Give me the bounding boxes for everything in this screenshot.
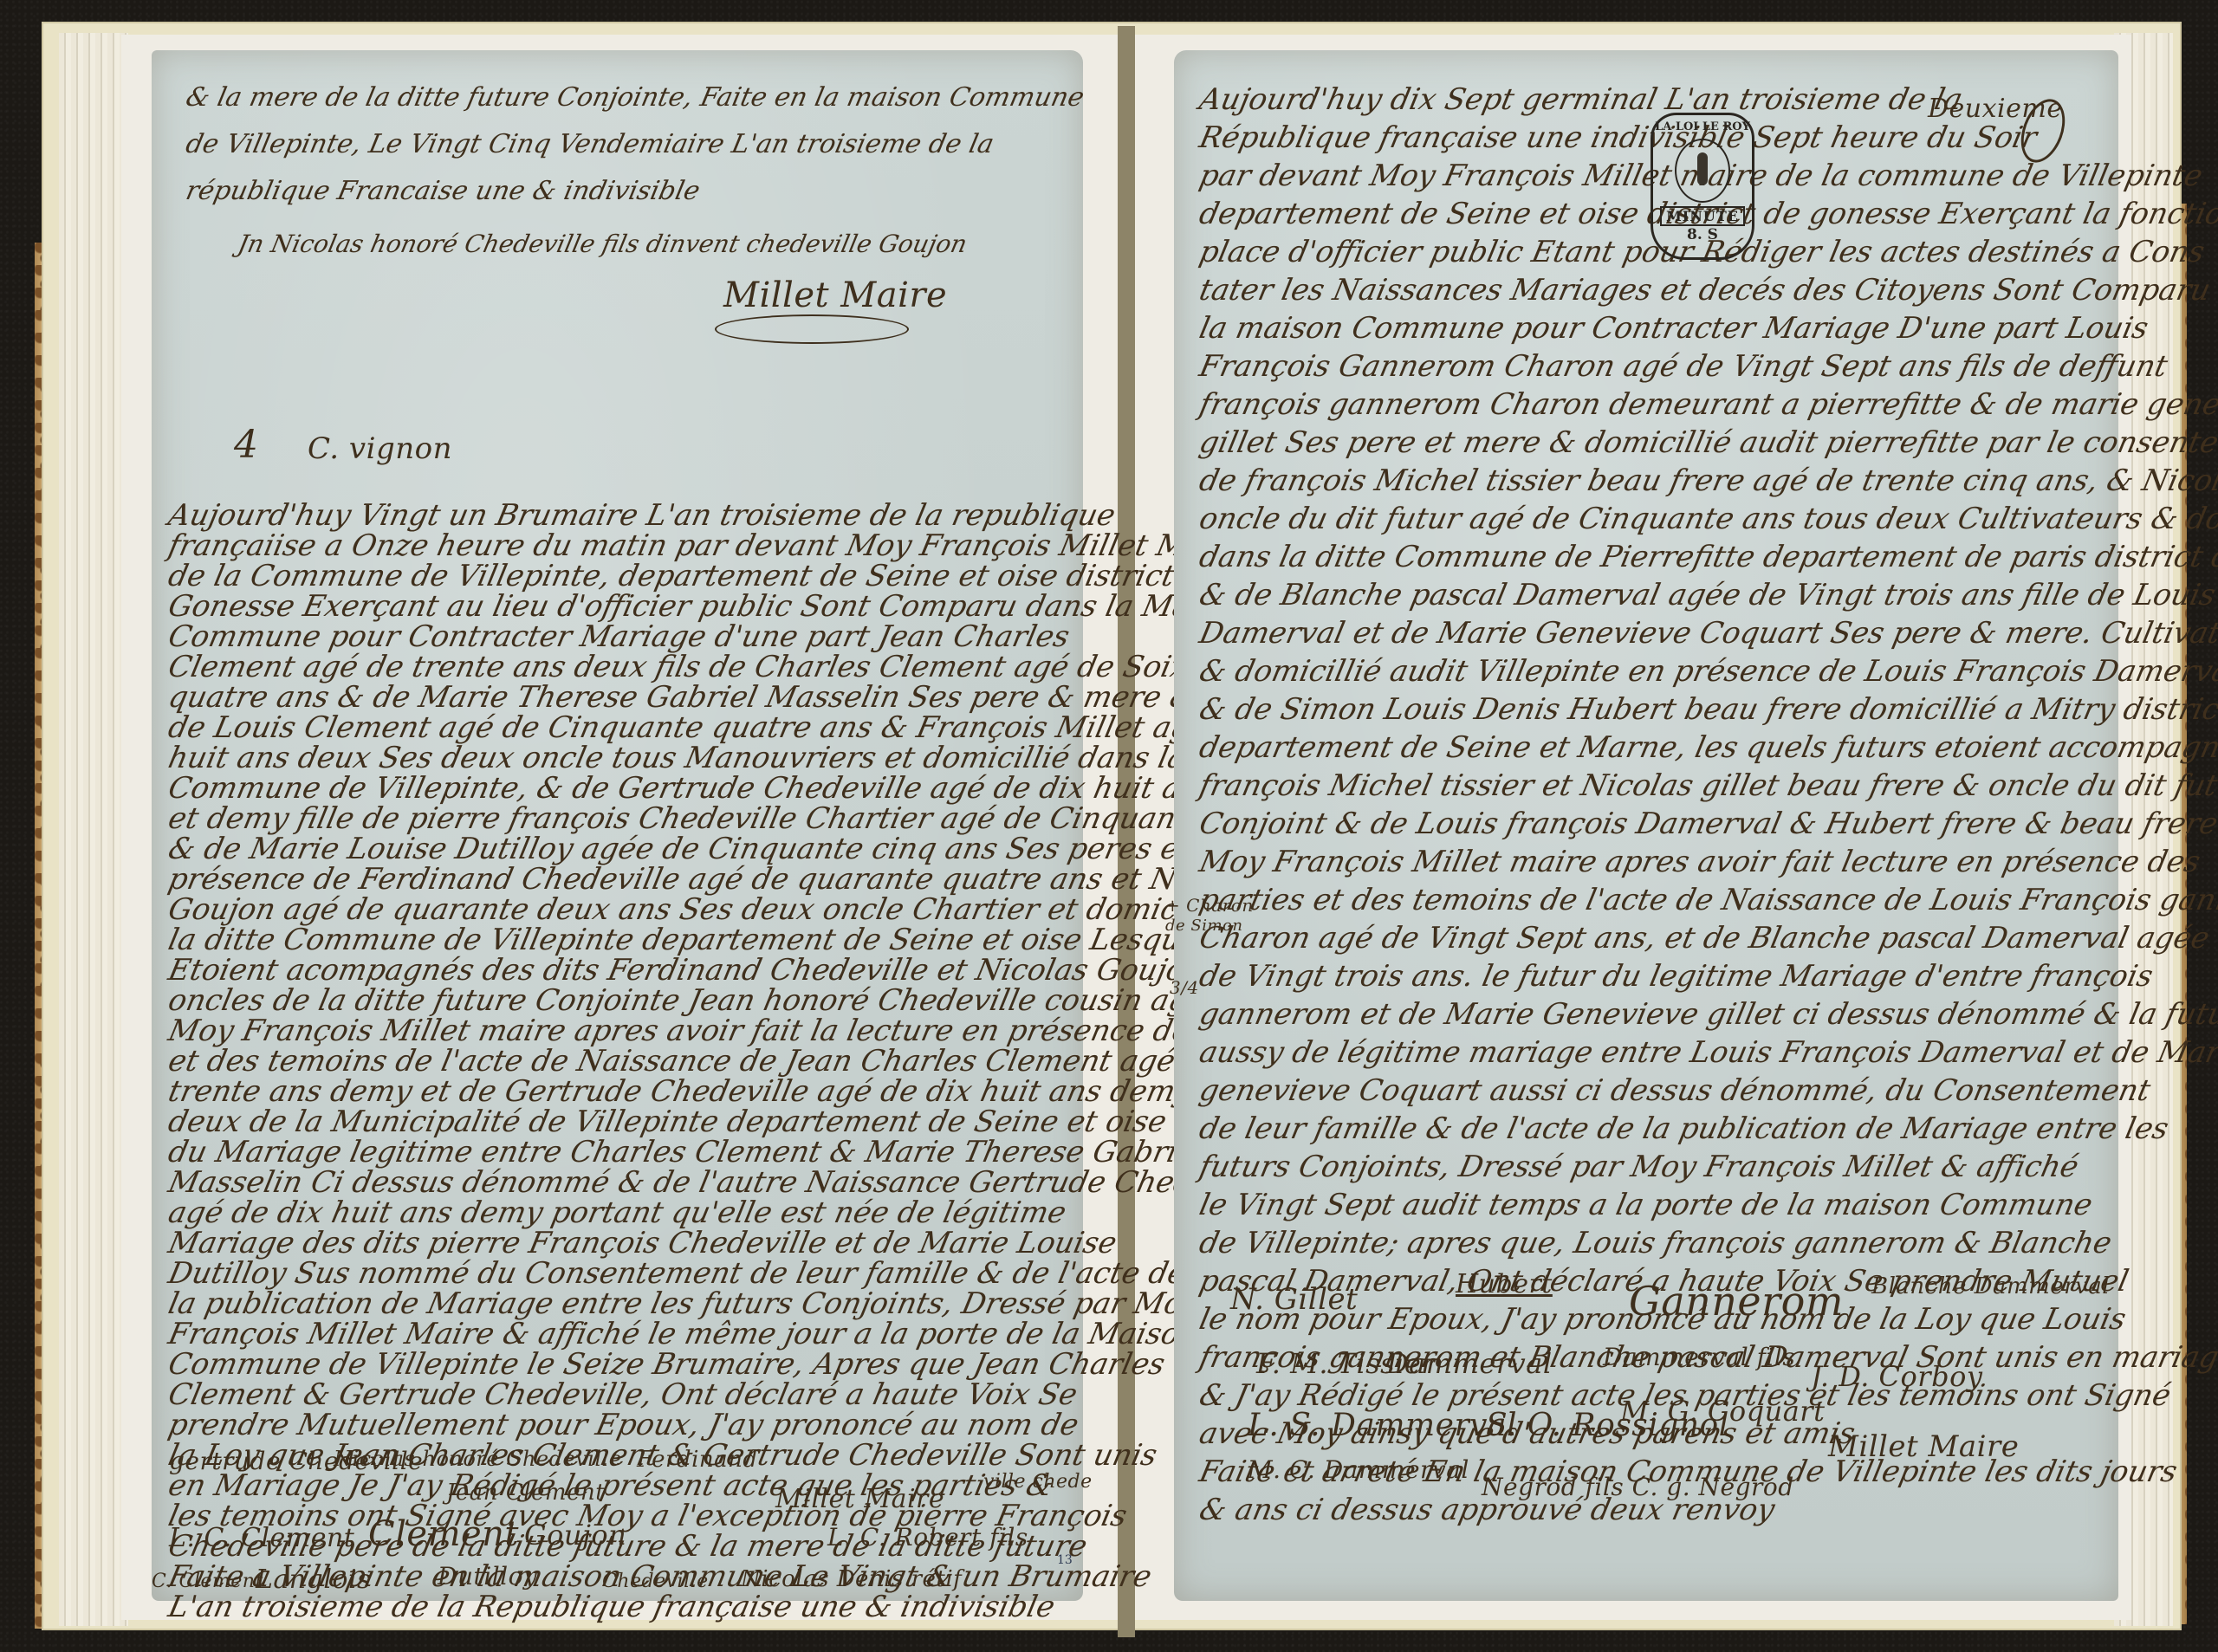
text-line: de la Commune de Villepinte, departement… (165, 561, 1222, 591)
text-line: Damerval et de Marie Genevieve Coquart S… (1197, 619, 2218, 648)
signature: J. D. Corboy (1811, 1360, 1982, 1393)
text-line: et des temoins de l'acte de Naissance de… (165, 1046, 1223, 1076)
text-line: agé de dix huit ans demy portant qu'elle… (165, 1198, 1068, 1228)
signature: M. C. Dammerval (1248, 1455, 1469, 1484)
signature: Clement (368, 1514, 519, 1554)
mayor-signature: Millet Maire (723, 275, 947, 315)
text-line: & de Marie Louise Dutilloy agée de Cinqu… (165, 834, 1280, 864)
stamp-top-text: LA LOI LE ROY (1653, 120, 1752, 133)
text-line: Moy François Millet maire apres avoir fa… (165, 1016, 1321, 1046)
signature: Nicolas honoré Chedeville (334, 1447, 622, 1471)
text-line: Aujourd'huy dix Sept germinal L'an trois… (1197, 85, 1965, 114)
official-stamp: LA LOI LE ROY MINUTE 8. S (1651, 113, 1754, 260)
signature: Langlois (256, 1565, 371, 1595)
text-line: de Villepinte, Le Vingt Cinq Vendemiaire… (184, 132, 996, 158)
signature: Negrod fils C. g. Negrod (1482, 1473, 1794, 1501)
text-line: François Millet Maire & affiché le même … (165, 1319, 1201, 1349)
entry-number: 4 (234, 423, 259, 467)
left-page-edges (59, 33, 128, 1626)
signature: Millet Maire (775, 1484, 944, 1514)
text-line: Jn Nicolas honoré Chedeville fils dinven… (236, 232, 969, 256)
stamp-number: 8. S (1653, 226, 1752, 243)
signature: Chedeville (602, 1571, 709, 1592)
signature: Dutilloy (438, 1562, 537, 1590)
text-line: le Vingt Sept audit temps a la porte de … (1197, 1190, 2095, 1220)
text-line: Clement & Gertrude Chedeville, Ont décla… (165, 1380, 1080, 1409)
text-line: Dutilloy Sus nommé du Consentement de le… (165, 1259, 1188, 1288)
text-line: & la mere de la ditte future Conjointe, … (184, 85, 1086, 111)
text-line: quatre ans & de Marie Therese Gabriel Ma… (165, 683, 1345, 712)
signature: Blanche Dammerval (1871, 1273, 2110, 1299)
page-number: 13 (1057, 1553, 1073, 1567)
text-line: de Vingt trois ans. le futur du legitime… (1197, 962, 2155, 991)
signature: ville chede (983, 1471, 1093, 1493)
text-line: Etoient acompagnés des dits Ferdinand Ch… (165, 956, 1339, 985)
stamp-figure-icon (1675, 139, 1730, 203)
text-line: la ditte Commune de Villepinte departeme… (165, 925, 1325, 955)
text-line: L'an troisieme de la Republique français… (165, 1592, 1057, 1622)
text-line: Conjoint & de Louis françois Damerval & … (1197, 809, 2218, 839)
text-line: République française une indivisible Sep… (1197, 123, 2039, 152)
stamp-label: MINUTE (1660, 206, 1745, 226)
text-line: prendre Mutuellement pour Epoux, J'ay pr… (165, 1410, 1080, 1440)
text-line: Masselin Ci dessus dénommé & de l'autre … (165, 1168, 1275, 1197)
text-line: présence de Ferdinand Chedeville agé de … (165, 865, 1265, 894)
margin-note: 3/4 (1170, 977, 1199, 998)
text-line: Clement agé de trente ans deux fils de C… (165, 652, 1256, 682)
signature: N. Gillet (1230, 1282, 1358, 1317)
text-line: de leur famille & de l'acte de la public… (1197, 1114, 2170, 1143)
signature: Goujon (524, 1519, 626, 1552)
text-line: Commune de Villepinte le Seize Brumaire,… (165, 1350, 1167, 1379)
text-line: tater les Naissances Mariages et decés d… (1197, 275, 2218, 305)
signature: S. O. Rossignol (1486, 1408, 1729, 1443)
signature: Millet Maire (1828, 1429, 2019, 1464)
text-line: futurs Conjoints, Dressé par Moy Françoi… (1197, 1152, 2081, 1182)
margin-note: de Simon (1165, 917, 1242, 935)
text-line: de Villepinte; apres que, Louis françois… (1197, 1228, 2114, 1258)
signature: Dammerval fils (1603, 1343, 1795, 1371)
text-line: gannerom et de Marie Genevieve gillet ci… (1197, 1000, 2218, 1029)
signature: Dammerval (1386, 1347, 1553, 1380)
signature: Gannerom (1629, 1278, 1844, 1325)
text-line: république Francaise une & indivisible (184, 178, 703, 204)
text-line: deux de la Municipalité de Villepinte de… (165, 1107, 1169, 1137)
text-line: parties et des temoins de l'acte de Nais… (1197, 885, 2218, 915)
text-line: Mariage des dits pierre François Chedevi… (165, 1228, 1119, 1258)
text-line: trente ans demy et de Gertrude Chedevill… (165, 1077, 1273, 1106)
signature: Ferdinand (637, 1447, 758, 1473)
text-line: Charon agé de Vingt Sept ans, et de Blan… (1197, 923, 2212, 953)
text-line: Goujon agé de quarante deux ans Ses deux… (165, 895, 1315, 924)
text-line: la maison Commune pour Contracter Mariag… (1197, 314, 2150, 343)
text-line: aussy de légitime mariage entre Louis Fr… (1197, 1038, 2218, 1067)
signature-flourish (715, 314, 909, 344)
text-line: dans la ditte Commune de Pierrefitte dep… (1197, 542, 2218, 572)
text-line: & domicillié audit Villepinte en présenc… (1197, 657, 2218, 686)
text-line: Gonesse Exerçant au lieu d'officier publ… (165, 592, 1255, 621)
text-line: gillet Ses pere et mere & domicillié aud… (1197, 428, 2218, 457)
text-line: françaiise a Onze heure du matin par dev… (165, 531, 1248, 560)
text-line: Moy François Millet maire apres avoir fa… (1197, 847, 2202, 877)
text-line: Commune pour Contracter Mariage d'une pa… (165, 622, 1072, 651)
text-line: Aujourd'huy Vingt un Brumaire L'an trois… (165, 501, 1118, 530)
signature: Jean Clement (446, 1480, 605, 1506)
text-line: departement de Seine et Marne, les quels… (1197, 733, 2218, 762)
text-line: oncle du dit futur agé de Cinquante ans … (1197, 504, 2218, 534)
signature: Nicolas Denis rétif (741, 1566, 962, 1592)
signature: L. C. Clement (169, 1523, 354, 1553)
text-line: genevieve Coquart aussi ci dessus dénomm… (1197, 1076, 2153, 1105)
text-line: françois gannerom Charon demeurant a pie… (1197, 390, 2218, 419)
margin-note: + Charon (1165, 895, 1254, 916)
text-line: du Mariage legitime entre Charles Clemen… (165, 1137, 1206, 1167)
text-line: Commune de Villepinte, & de Gertrude Che… (165, 774, 1217, 803)
signature: L. S. Dammerval (1248, 1408, 1517, 1443)
text-line: de françois Michel tissier beau frere ag… (1197, 466, 2218, 496)
signature: Hubert (1456, 1269, 1553, 1299)
text-line: et demy fille de pierre françois Chedevi… (165, 804, 1346, 833)
text-line: la publication de Mariage entre les futu… (165, 1289, 1202, 1318)
signature: L. C. Robert fils (827, 1523, 1028, 1552)
text-line: François Gannerom Charon agé de Vingt Se… (1197, 352, 2169, 381)
left-page: & la mere de la ditte future Conjointe, … (152, 50, 1083, 1601)
text-line: & de Blanche pascal Damerval agée de Vin… (1197, 580, 2218, 610)
text-line: françois Michel tissier et Nicolas gille… (1197, 771, 2218, 800)
signature: C. Clement (152, 1571, 263, 1592)
entry-margin-name: C. vignon (308, 431, 452, 466)
text-line: huit ans deux Ses deux oncle tous Manouv… (165, 743, 1267, 773)
text-line: & de Simon Louis Denis Hubert beau frere… (1197, 695, 2218, 724)
